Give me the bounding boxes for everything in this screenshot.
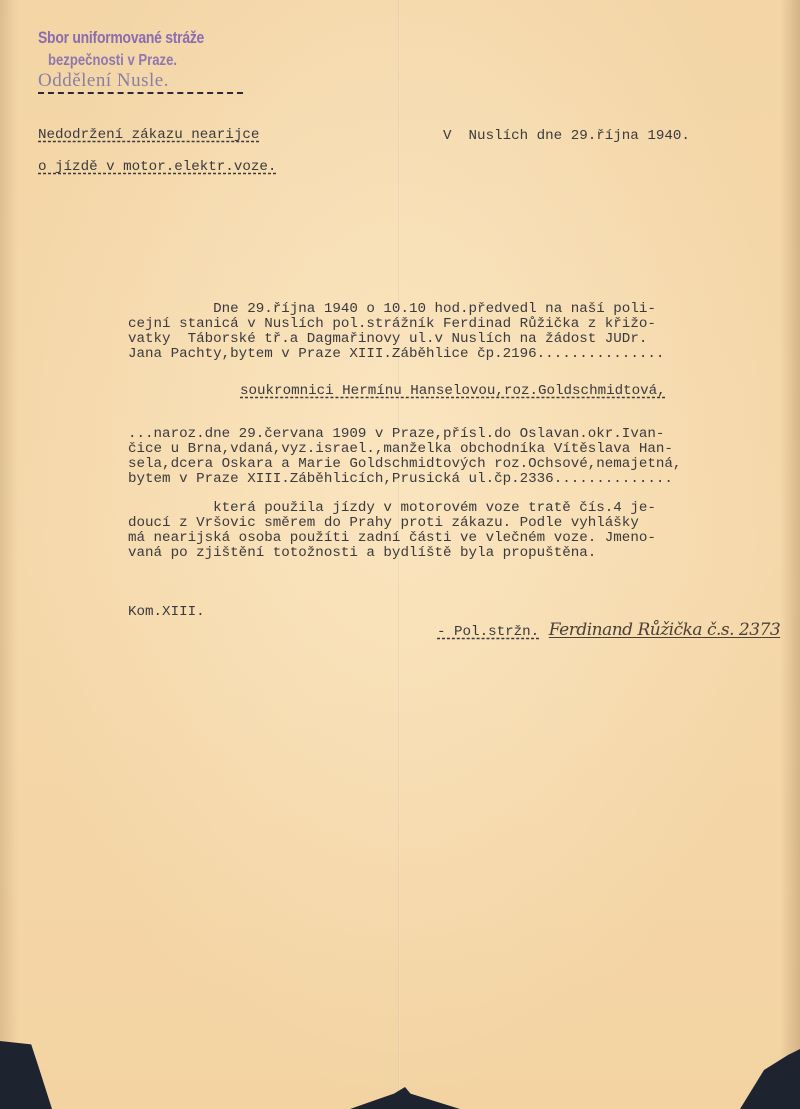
stamp-dashed-rule xyxy=(38,92,243,94)
report-paragraph-2: ...naroz.dne 29.červana 1909 v Praze,pří… xyxy=(128,427,681,487)
stamp-line-1: Sbor uniformované stráže xyxy=(38,28,206,48)
signature-block: - Pol.stržn. Ferdinand Růžička č.s. 2373 xyxy=(437,620,780,640)
report-paragraph-3: která použila jízdy v motorovém voze tra… xyxy=(128,501,656,561)
place-and-date: V Nuslích dne 29.října 1940. xyxy=(443,129,690,144)
stamp-line-2: bezpečnosti v Praze. xyxy=(48,52,208,70)
report-paragraph-1: Dne 29.října 1940 o 10.10 hod.předvedl n… xyxy=(128,302,664,362)
accused-person-name: soukromnici Hermínu Hanselovou,roz.Golds… xyxy=(240,384,666,399)
subject-line-1: Nedodržení zákazu nearijce xyxy=(38,128,259,143)
signature-rank: - Pol.stržn. xyxy=(437,624,539,640)
handwritten-signature: Ferdinand Růžička č.s. 2373 xyxy=(549,620,780,640)
office-stamp: Sbor uniformované stráže bezpečnosti v P… xyxy=(38,28,243,94)
copy-to-notation: Kom.XIII. xyxy=(128,605,205,620)
subject-line-2: o jízdě v motor.elektr.voze. xyxy=(38,160,276,175)
stamp-line-3: Oddělení Nusle. xyxy=(38,70,243,92)
